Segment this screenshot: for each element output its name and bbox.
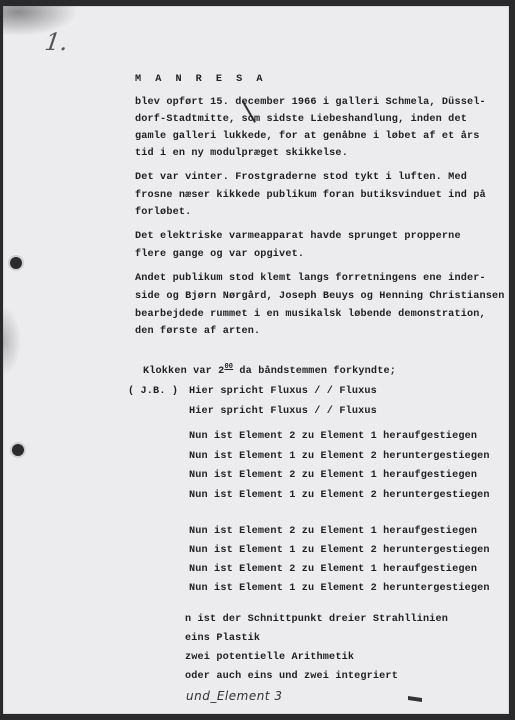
body-line: dorf-Stadtmitte, som sidste Liebeshandlu… (135, 114, 467, 126)
page-number: 1. (43, 28, 70, 56)
element-line: Nun ist Element 1 zu Element 2 herunterg… (189, 583, 490, 595)
fluxus-line: Hier spricht Fluxus / / Fluxus (189, 406, 377, 418)
element-line: Nun ist Element 1 zu Element 2 herunterg… (189, 545, 490, 557)
punch-hole-icon (10, 257, 22, 269)
body-line: frosne næser kikkede publikum foran buti… (135, 190, 486, 202)
closing-line: oder auch eins und zwei integriert (185, 671, 398, 683)
closing-line: zwei potentielle Arithmetik (185, 652, 354, 664)
closing-line: eins Plastik (185, 633, 260, 645)
pen-mark (408, 696, 422, 702)
body-line: bearbejdede rummet i en musikalsk løbend… (135, 309, 486, 321)
element-line: Nun ist Element 2 zu Element 1 heraufges… (189, 526, 477, 538)
body-line: Det elektriske varmeapparat havde sprung… (135, 231, 461, 243)
handwritten-note: und_Element 3 (186, 689, 282, 703)
body-line: Andet publikum stod klemt langs forretni… (135, 273, 486, 285)
element-line: Nun ist Element 2 zu Element 1 heraufges… (189, 564, 477, 576)
body-line: flere gange og var opgivet. (135, 249, 304, 261)
body-line: Det var vinter. Frostgraderne stod tykt … (135, 172, 467, 184)
body-line: tid i en ny modulpræget skikkelse. (135, 148, 348, 160)
closing-line: n ist der Schnittpunkt dreier Strahllini… (185, 614, 448, 626)
speaker-label: ( J.B. ) (128, 386, 178, 398)
element-line: Nun ist Element 1 zu Element 2 herunterg… (189, 451, 490, 463)
clock-line: Klokken var 200 da båndstemmen forkyndte… (143, 361, 396, 378)
element-line: Nun ist Element 2 zu Element 1 heraufges… (189, 431, 477, 443)
body-line: forløbet. (135, 207, 191, 219)
body-line: blev opført 15. december 1966 i galleri … (135, 97, 486, 109)
document-title: M A N R E S A (135, 74, 266, 86)
fluxus-line: Hier spricht Fluxus / / Fluxus (189, 386, 377, 398)
body-line: side og Bjørn Nørgård, Joseph Beuys og H… (135, 291, 505, 303)
body-line: den første af arten. (135, 326, 260, 338)
element-line: Nun ist Element 1 zu Element 2 herunterg… (189, 490, 490, 502)
body-line: gamle galleri lukkede, for at genåbne i … (135, 131, 480, 143)
element-line: Nun ist Element 2 zu Element 1 heraufges… (189, 470, 477, 482)
punch-hole-icon (12, 444, 24, 456)
scanned-page: 1. M A N R E S A blev opført 15. decembe… (3, 6, 509, 714)
scan-smudge (3, 306, 21, 376)
